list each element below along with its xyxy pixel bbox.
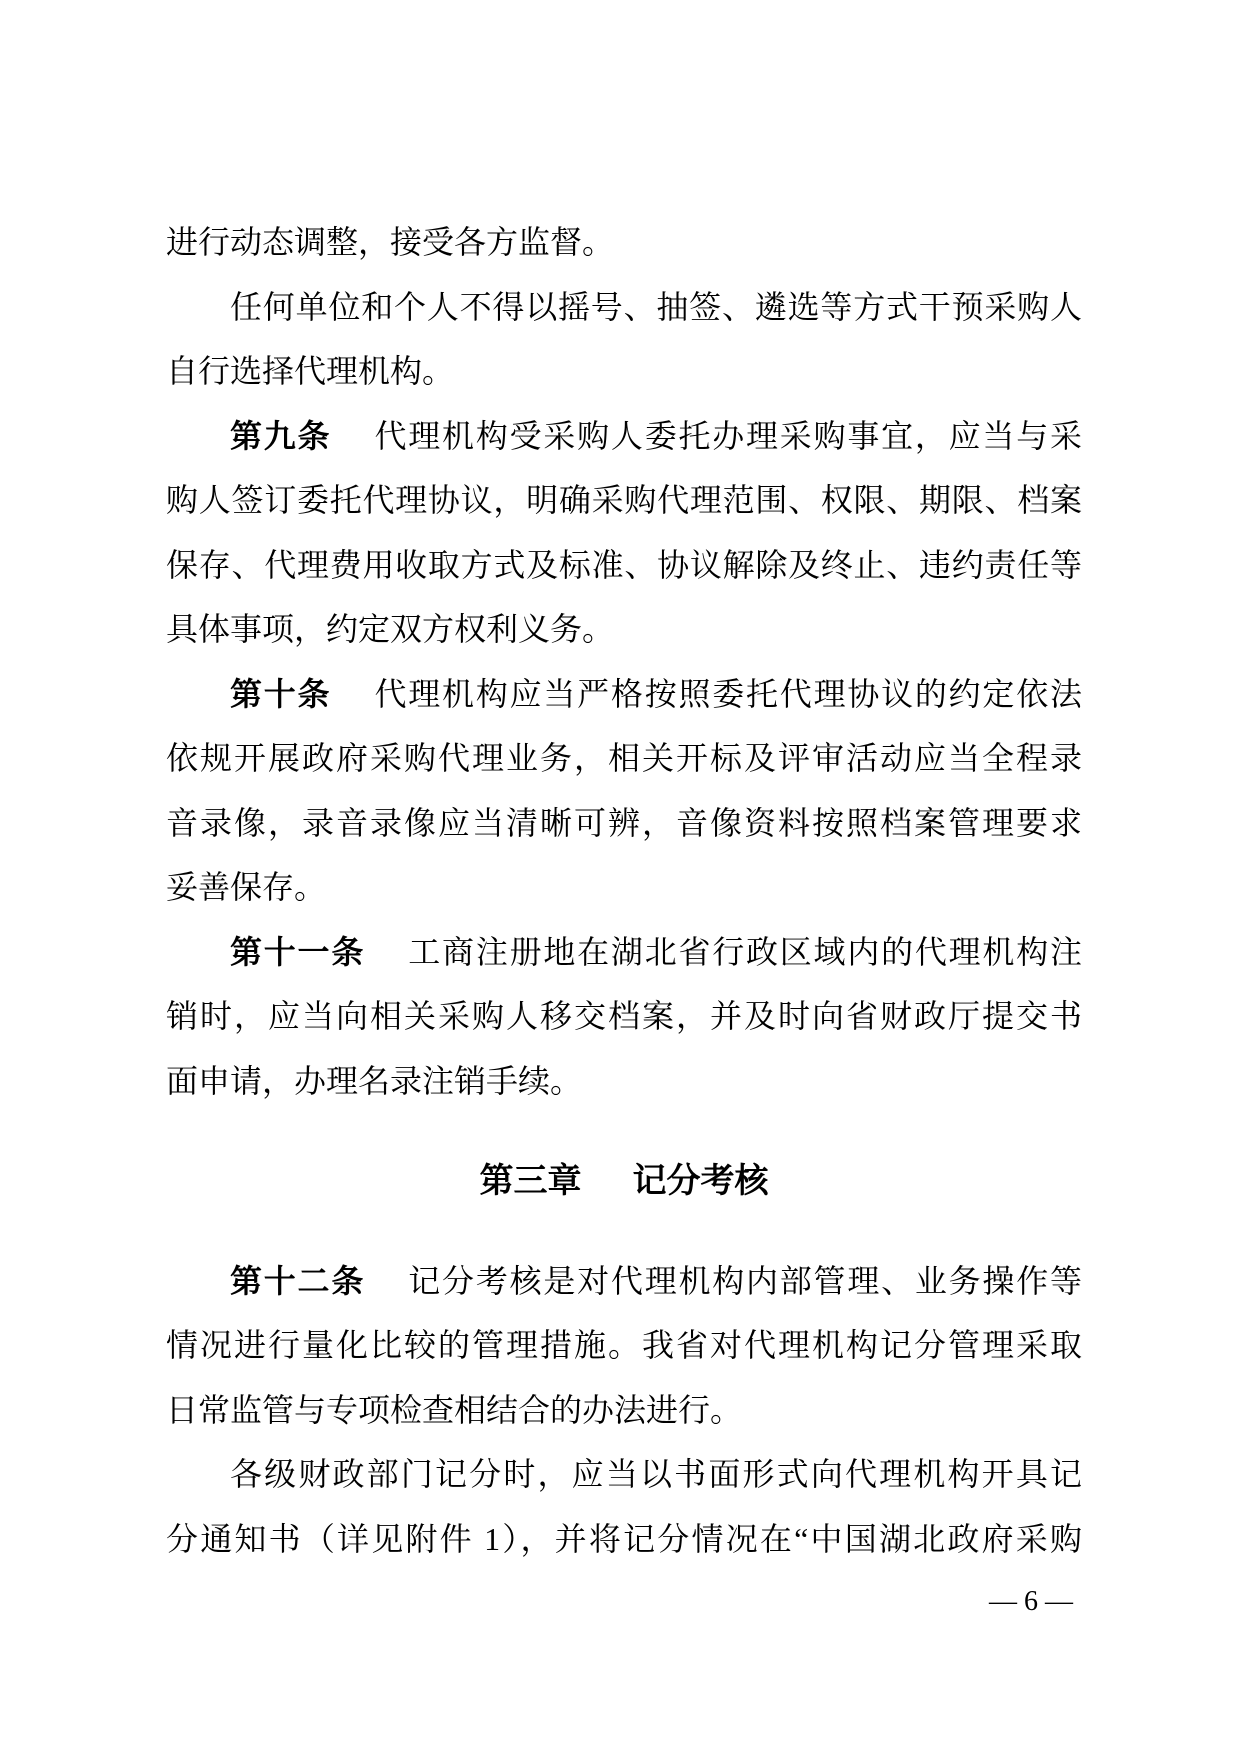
body-line: 音录像，录音录像应当清晰可辨，音像资料按照档案管理要求: [166, 791, 1082, 856]
body-line: 各级财政部门记分时，应当以书面形式向代理机构开具记: [166, 1442, 1082, 1507]
article-number: 第九条: [230, 418, 331, 454]
line-text: 自行选择代理机构。: [166, 353, 454, 389]
body-line: 自行选择代理机构。: [166, 339, 1082, 404]
chapter-number: 第三章: [480, 1162, 582, 1200]
line-text: 具体事项，约定双方权利义务。: [166, 611, 614, 647]
chapter-heading: 第三章记分考核: [166, 1149, 1082, 1214]
body-line: 第九条代理机构受采购人委托办理采购事宜，应当与采: [166, 404, 1082, 469]
document-page: 进行动态调整，接受各方监督。 任何单位和个人不得以摇号、抽签、遴选等方式干预采购…: [0, 0, 1240, 1754]
body-line: 第十一条工商注册地在湖北省行政区域内的代理机构注: [166, 920, 1082, 985]
line-text: 销时，应当向相关采购人移交档案，并及时向省财政厅提交书: [166, 998, 1082, 1034]
body-line: 购人签订委托代理协议，明确采购代理范围、权限、期限、档案: [166, 468, 1082, 533]
line-text: 代理机构受采购人委托办理采购事宜，应当与采: [375, 418, 1082, 454]
body-line: 依规开展政府采购代理业务，相关开标及评审活动应当全程录: [166, 726, 1082, 791]
line-text: 任何单位和个人不得以摇号、抽签、遴选等方式干预采购人: [230, 289, 1082, 325]
body-line: 面申请，办理名录注销手续。: [166, 1049, 1082, 1114]
line-text: 情况进行量化比较的管理措施。我省对代理机构记分管理采取: [166, 1327, 1082, 1363]
chapter-title: 记分考核: [633, 1162, 769, 1200]
line-text: 购人签订委托代理协议，明确采购代理范围、权限、期限、档案: [166, 482, 1082, 518]
body-line: 分通知书（详见附件 1），并将记分情况在“中国湖北政府采购: [166, 1507, 1082, 1572]
line-text: 日常监管与专项检查相结合的办法进行。: [166, 1392, 742, 1428]
line-text: 依规开展政府采购代理业务，相关开标及评审活动应当全程录: [166, 740, 1082, 776]
line-text: 记分考核是对代理机构内部管理、业务操作等: [408, 1263, 1082, 1299]
body-line: 日常监管与专项检查相结合的办法进行。: [166, 1378, 1082, 1443]
body-line: 进行动态调整，接受各方监督。: [166, 210, 1082, 275]
line-text: 保存、代理费用收取方式及标准、协议解除及终止、违约责任等: [166, 547, 1082, 583]
line-text: 面申请，办理名录注销手续。: [166, 1063, 582, 1099]
body-line: 妥善保存。: [166, 855, 1082, 920]
line-text: 音录像，录音录像应当清晰可辨，音像资料按照档案管理要求: [166, 805, 1082, 841]
body-line: 销时，应当向相关采购人移交档案，并及时向省财政厅提交书: [166, 984, 1082, 1049]
body-line: 情况进行量化比较的管理措施。我省对代理机构记分管理采取: [166, 1313, 1082, 1378]
body-line: 第十条代理机构应当严格按照委托代理协议的约定依法: [166, 662, 1082, 727]
body-line: 具体事项，约定双方权利义务。: [166, 597, 1082, 662]
body-line: 保存、代理费用收取方式及标准、协议解除及终止、违约责任等: [166, 533, 1082, 598]
document-body: 进行动态调整，接受各方监督。 任何单位和个人不得以摇号、抽签、遴选等方式干预采购…: [166, 210, 1082, 1571]
body-line: 任何单位和个人不得以摇号、抽签、遴选等方式干预采购人: [166, 275, 1082, 340]
body-line: 第十二条记分考核是对代理机构内部管理、业务操作等: [166, 1249, 1082, 1314]
line-text: 分通知书（详见附件 1），并将记分情况在“中国湖北政府采购: [166, 1521, 1082, 1557]
line-text: 工商注册地在湖北省行政区域内的代理机构注: [408, 934, 1082, 970]
article-number: 第十一条: [230, 934, 365, 970]
line-text: 各级财政部门记分时，应当以书面形式向代理机构开具记: [230, 1456, 1082, 1492]
line-text: 妥善保存。: [166, 869, 326, 905]
article-number: 第十二条: [230, 1263, 365, 1299]
line-text: 进行动态调整，接受各方监督。: [166, 224, 614, 260]
line-text: 代理机构应当严格按照委托代理协议的约定依法: [375, 676, 1082, 712]
page-number: — 6 —: [989, 1586, 1073, 1618]
article-number: 第十条: [230, 676, 331, 712]
